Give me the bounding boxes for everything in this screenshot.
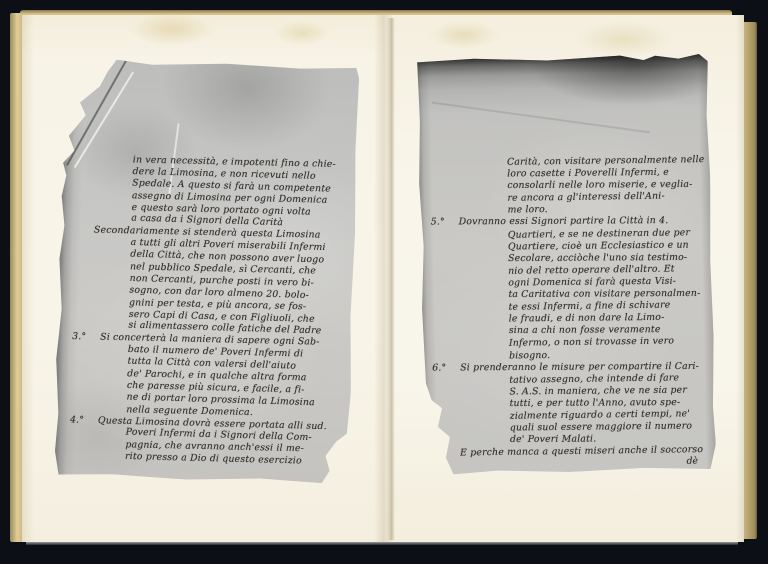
manuscript-line-text: tutti, e per tutto l'Anno, avuto spe- — [510, 397, 681, 409]
book-gutter — [387, 18, 395, 540]
item-number: 4.° — [70, 414, 84, 426]
manuscript-line-text: de' Poveri Malati. — [510, 434, 596, 446]
manuscript-line-text: re ancora a gl'interessi dell'Ani- — [507, 191, 664, 204]
paper-wrinkle — [432, 102, 650, 134]
manuscript-line-text: Carità, con visitare personalmente nelle — [507, 154, 705, 168]
manuscript-line-text: sina a chi non fosse veramente — [509, 324, 661, 336]
manuscript-line-text: S. A.S. in maniera, che ve ne sia per — [509, 384, 687, 397]
manuscript-line-text: zialmente riguardo a certi tempi, ne' — [510, 408, 691, 422]
manuscript-line-text: quali suol essere maggiore il numero — [510, 421, 692, 434]
manuscript-line-text: loro casette i Poverelli Infermi, e — [507, 167, 669, 180]
left-manuscript-text: in vera necessità, e impotenti fino a ch… — [88, 153, 364, 469]
right-manuscript-text: Carità, con visitare personalmente nelle… — [455, 154, 750, 459]
manuscript-line-text: Quartieri, e se ne destineran due per — [508, 227, 690, 241]
manuscript-line-text: me loro. — [508, 204, 548, 215]
manuscript-line-text: Quartiere, cioè un Ecclesiastico e un — [508, 239, 689, 252]
page-stack-bottom-edge — [26, 542, 738, 545]
manuscript-line-text: ta Caritativa con visitare personalmen- — [508, 288, 700, 300]
manuscript-line-text: tativo assegno, che intende di fare — [509, 372, 679, 385]
item-number: 6.° — [432, 362, 446, 374]
catchword: dè — [648, 456, 698, 468]
manuscript-line-text: consolarli nelle loro miserie, e veglia- — [507, 179, 692, 191]
manuscript-line-text: Si prenderanno le misure per compartire … — [460, 360, 699, 372]
manuscript-line-text: Infermo, o non si trovasse in vero — [509, 336, 674, 349]
item-number: 3.° — [72, 331, 86, 343]
manuscript-line-text: Dovranno essi Signori partire la Città i… — [459, 216, 669, 228]
manuscript-line-text: Secolare, acciòche l'uno sia testimo- — [508, 252, 687, 264]
manuscript-line-text: nio del retto operare dell'altro. Et — [508, 263, 675, 276]
manuscript-line-text: ogni Domenica si farà questa Visi- — [508, 276, 676, 289]
manuscript-line-text: te essi Infermi, a fine di schivare — [508, 300, 670, 313]
manuscript-line-text: bisogno. — [509, 350, 550, 361]
manuscript-line-text: le fraudi, e di non dare la Limo- — [509, 312, 665, 325]
item-number: 5.° — [431, 217, 445, 229]
